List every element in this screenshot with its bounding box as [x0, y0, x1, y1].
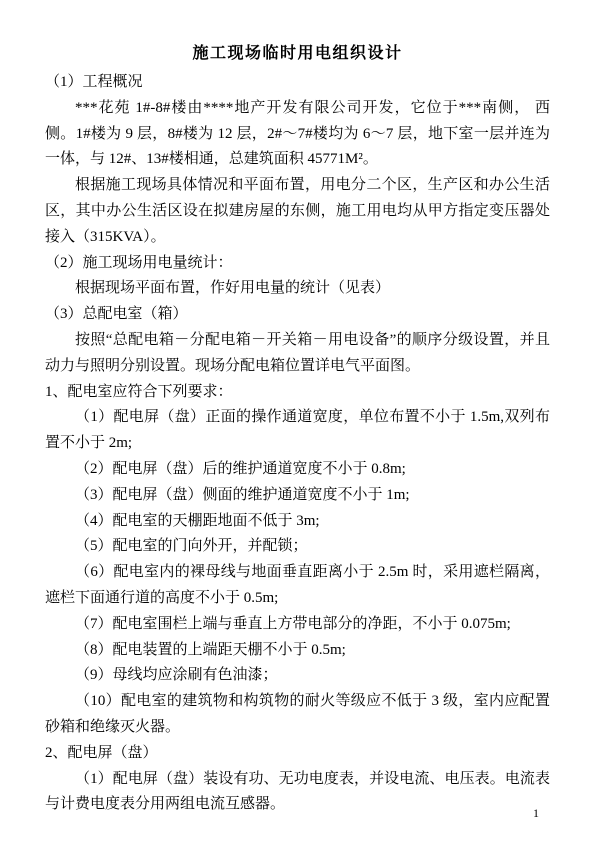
- para-distribution-hierarchy: 按照“总配电箱－分配电箱－开关箱－用电设备”的顺序分级设置，并且动力与照明分别设…: [45, 328, 550, 380]
- subsection-heading-distribution-panel: 2、配电屏（盘）: [45, 741, 550, 767]
- section-heading-main-distribution-room: （3）总配电室（箱）: [45, 302, 550, 328]
- requirement-item-7: （7）配电室围栏上端与垂直上方带电部分的净距，不小于 0.075m;: [45, 612, 550, 638]
- document-page: 施工现场临时用电组织设计 （1）工程概况 ***花苑 1#-8#楼由****地产…: [0, 0, 595, 842]
- para-distribution-panel-meters: （1）配电屏（盘）装设有功、无功电度表，并设电流、电压表。电流表与计费电度表分用…: [45, 767, 550, 819]
- page-number: 1: [533, 806, 539, 820]
- requirement-item-1: （1）配电屏（盘）正面的操作通道宽度，单位布置不小于 1.5m,双列布置不小于 …: [45, 405, 550, 457]
- para-site-power-zones: 根据施工现场具体情况和平面布置，用电分二个区，生产区和办公生活区，其中办公生活区…: [45, 173, 550, 250]
- requirement-item-5: （5）配电室的门向外开，并配锁；: [45, 534, 550, 560]
- document-title: 施工现场临时用电组织设计: [45, 42, 550, 66]
- requirement-item-6: （6）配电室内的裸母线与地面垂直距离小于 2.5m 时，采用遮栏隔离，遮栏下面通…: [45, 560, 550, 612]
- para-project-overview-body: ***花苑 1#-8#楼由****地产开发有限公司开发，它位于***南侧， 西侧…: [45, 96, 550, 173]
- requirement-item-2: （2）配电屏（盘）后的维护通道宽度不小于 0.8m;: [45, 457, 550, 483]
- requirement-item-4: （4）配电室的天棚距地面不低于 3m;: [45, 509, 550, 535]
- section-heading-project-overview: （1）工程概况: [45, 70, 550, 96]
- requirement-item-3: （3）配电屏（盘）侧面的维护通道宽度不小于 1m;: [45, 483, 550, 509]
- requirement-item-9: （9）母线均应涂刷有色油漆；: [45, 663, 550, 689]
- subsection-heading-distribution-room-requirements: 1、配电室应符合下列要求：: [45, 380, 550, 406]
- requirement-item-8: （8）配电装置的上端距天棚不小于 0.5m;: [45, 638, 550, 664]
- section-heading-power-usage-statistics: （2）施工现场用电量统计：: [45, 251, 550, 277]
- requirement-item-10: （10）配电室的建筑物和构筑物的耐火等级应不低于 3 级，室内应配置砂箱和绝缘灭…: [45, 689, 550, 741]
- para-power-usage-statistics-body: 根据现场平面布置，作好用电量的统计（见表）: [45, 276, 550, 302]
